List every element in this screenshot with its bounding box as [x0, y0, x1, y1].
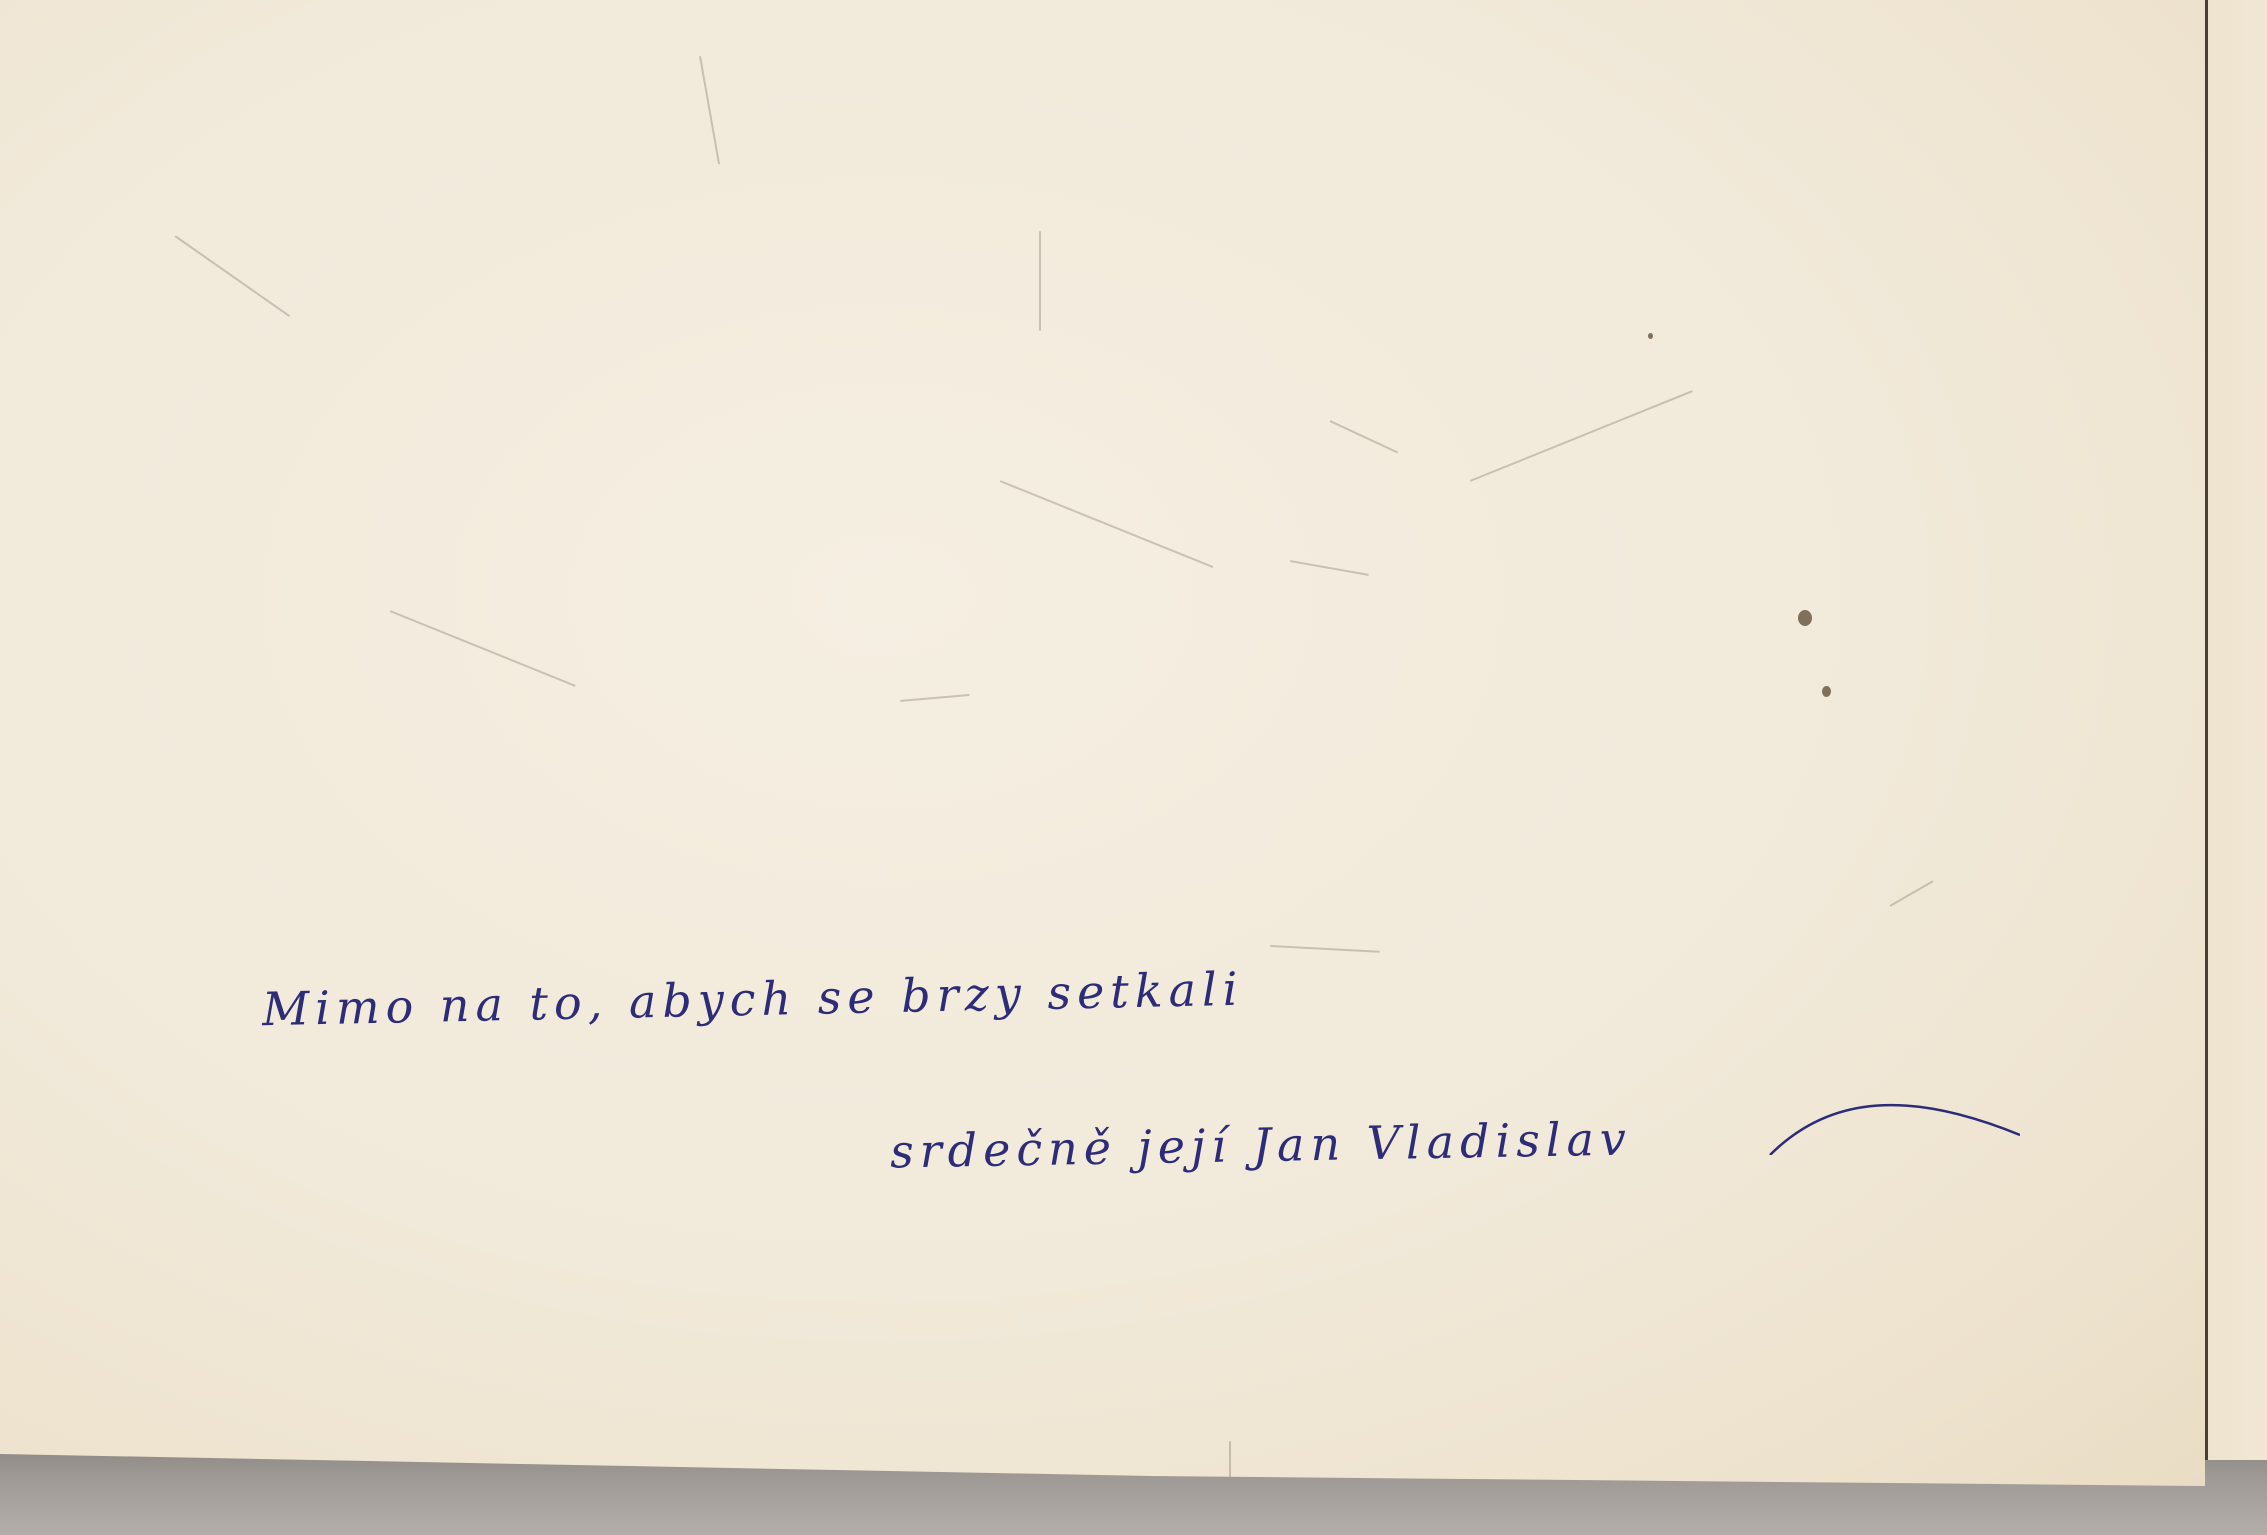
inscription-line-1: Mimo na to, abych se brzy setkali — [262, 962, 1244, 1037]
next-page-edge — [2205, 0, 2267, 1460]
paper-fiber — [900, 694, 970, 702]
paper-fiber — [1270, 945, 1380, 953]
paper-fiber — [1039, 231, 1041, 331]
paper-fiber — [1330, 420, 1399, 454]
paper-fiber — [1290, 560, 1369, 576]
paper-fiber — [1000, 480, 1214, 568]
signature-flourish — [1230, 1095, 2020, 1155]
paper-spot — [1798, 610, 1812, 626]
paper-fiber — [174, 235, 290, 317]
book-page: Mimo na to, abych se brzy setkali srdečn… — [0, 0, 2205, 1490]
paper-spot — [1822, 686, 1831, 697]
paper-spot — [1648, 333, 1653, 339]
paper-fiber — [1470, 390, 1693, 482]
paper-fiber — [1890, 880, 1934, 907]
paper-fiber — [699, 56, 720, 165]
paper-fiber — [390, 610, 576, 687]
